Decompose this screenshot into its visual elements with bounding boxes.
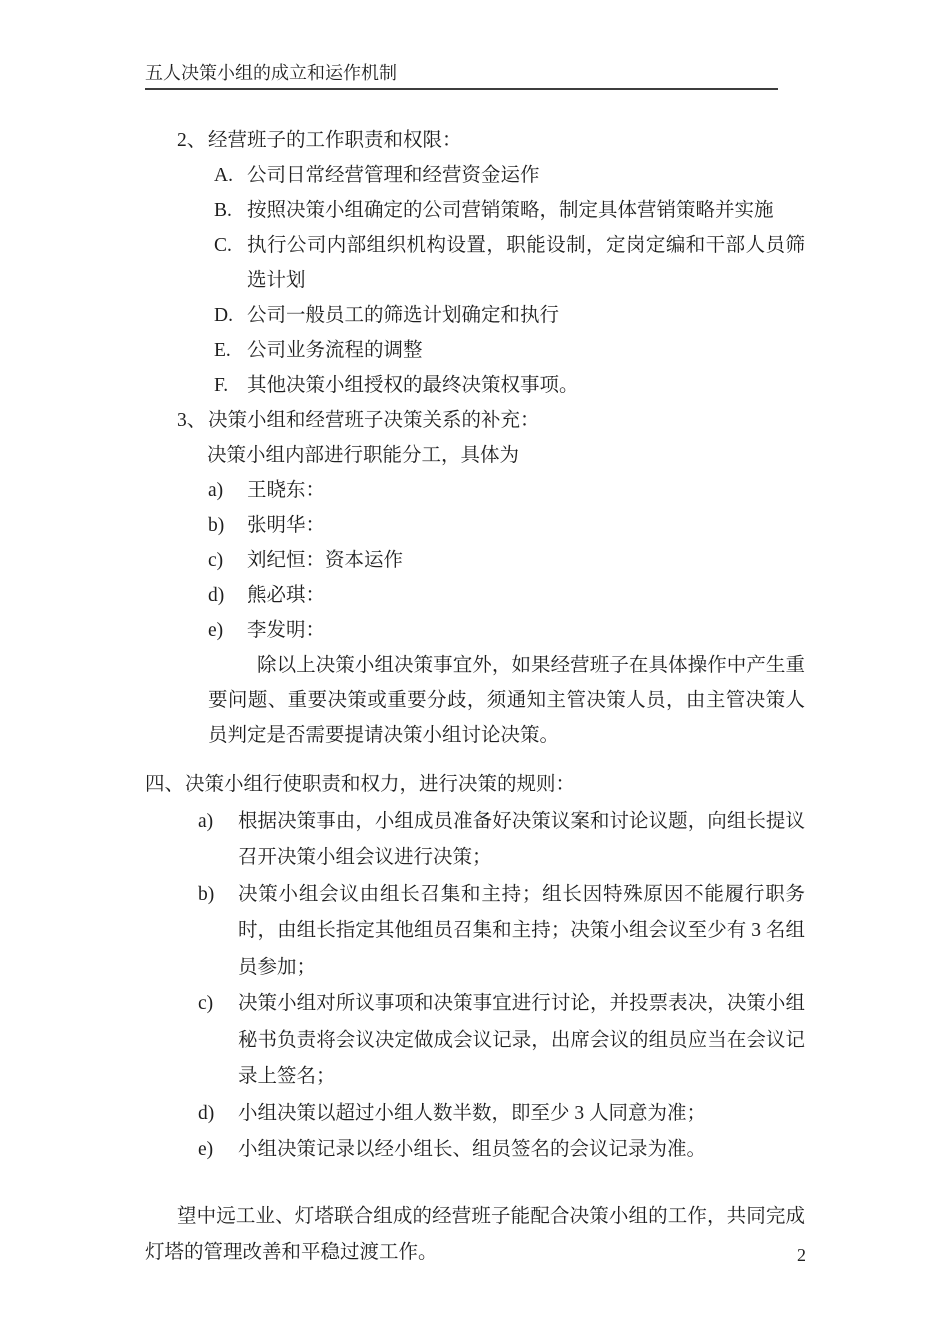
rule-text: 决策小组对所议事项和决策事宜进行讨论，并投票表决，决策小组秘书负责将会议决定做成…: [238, 986, 805, 1096]
list-text: 公司日常经营管理和经营资金运作: [247, 158, 805, 193]
header-title: 五人决策小组的成立和运作机制: [145, 63, 397, 83]
list-marker: c): [208, 543, 247, 578]
page-header: 五人决策小组的成立和运作机制: [145, 62, 778, 90]
member-item-a: a) 王晓东：: [145, 473, 805, 508]
item3-note-paragraph: 除以上决策小组决策事宜外，如果经营班子在具体操作中产生重要问题、重要决策或重要分…: [145, 648, 805, 753]
member-item-b: b) 张明华：: [145, 508, 805, 543]
member-item-d: d) 熊必琪：: [145, 578, 805, 613]
rule-item-c: c) 决策小组对所议事项和决策事宜进行讨论，并投票表决，决策小组秘书负责将会议决…: [145, 986, 805, 1096]
rule-item-a: a) 根据决策事由，小组成员准备好决策议案和讨论议题，向组长提议召开决策小组会议…: [145, 804, 805, 877]
member-name: 熊必琪：: [247, 578, 805, 613]
member-name: 张明华：: [247, 508, 805, 543]
list-marker: F.: [214, 368, 247, 403]
list-item-f-upper: F. 其他决策小组授权的最终决策权事项。: [145, 368, 805, 403]
document-page: 五人决策小组的成立和运作机制 2、 经营班子的工作职责和权限： A. 公司日常经…: [0, 0, 950, 1344]
list-marker: b): [198, 877, 238, 987]
rule-text: 小组决策以超过小组人数半数，即至少 3 人同意为准；: [238, 1096, 805, 1133]
list-marker: b): [208, 508, 247, 543]
list-marker: A.: [214, 158, 247, 193]
member-name: 刘纪恒：资本运作: [247, 543, 805, 578]
list-marker: 3、: [177, 403, 208, 438]
item3-intro-paragraph: 决策小组内部进行职能分工，具体为: [145, 438, 805, 473]
rule-item-d: d) 小组决策以超过小组人数半数，即至少 3 人同意为准；: [145, 1096, 805, 1133]
closing-paragraph: 望中远工业、灯塔联合组成的经营班子能配合决策小组的工作，共同完成灯塔的管理改善和…: [145, 1199, 805, 1272]
list-text: 其他决策小组授权的最终决策权事项。: [247, 368, 805, 403]
list-item-3: 3、 决策小组和经营班子决策关系的补充：: [145, 403, 805, 438]
page-number: 2: [797, 1243, 806, 1267]
list-item-b-upper: B. 按照决策小组确定的公司营销策略，制定具体营销策略并实施: [145, 193, 805, 228]
rule-item-b: b) 决策小组会议由组长召集和主持；组长因特殊原因不能履行职务时，由组长指定其他…: [145, 877, 805, 987]
rule-text: 小组决策记录以经小组长、组员签名的会议记录为准。: [238, 1132, 805, 1169]
section4-heading: 四、 决策小组行使职责和权力，进行决策的规则：: [145, 767, 805, 804]
document-body: 2、 经营班子的工作职责和权限： A. 公司日常经营管理和经营资金运作 B. 按…: [145, 123, 805, 1272]
member-name: 王晓东：: [247, 473, 805, 508]
list-marker: d): [208, 578, 247, 613]
list-item-2: 2、 经营班子的工作职责和权限：: [145, 123, 805, 158]
list-marker: 2、: [177, 123, 208, 158]
list-marker: a): [208, 473, 247, 508]
list-marker: D.: [214, 298, 247, 333]
list-text: 按照决策小组确定的公司营销策略，制定具体营销策略并实施: [247, 193, 805, 228]
list-marker: B.: [214, 193, 247, 228]
list-marker: a): [198, 804, 238, 877]
member-name: 李发明：: [247, 613, 805, 648]
rule-item-e: e) 小组决策记录以经小组长、组员签名的会议记录为准。: [145, 1132, 805, 1169]
section-marker: 四、: [145, 767, 184, 804]
list-marker: C.: [214, 228, 247, 298]
rule-text: 决策小组会议由组长召集和主持；组长因特殊原因不能履行职务时，由组长指定其他组员召…: [238, 877, 805, 987]
list-text: 公司一般员工的筛选计划确定和执行: [247, 298, 805, 333]
list-text: 公司业务流程的调整: [247, 333, 805, 368]
list-marker: e): [198, 1132, 238, 1169]
list-marker: e): [208, 613, 247, 648]
list-text: 决策小组和经营班子决策关系的补充：: [208, 403, 805, 438]
list-marker: E.: [214, 333, 247, 368]
list-item-e-upper: E. 公司业务流程的调整: [145, 333, 805, 368]
rule-text: 根据决策事由，小组成员准备好决策议案和讨论议题，向组长提议召开决策小组会议进行决…: [238, 804, 805, 877]
list-text: 经营班子的工作职责和权限：: [208, 123, 805, 158]
list-item-a-upper: A. 公司日常经营管理和经营资金运作: [145, 158, 805, 193]
member-item-c: c) 刘纪恒：资本运作: [145, 543, 805, 578]
list-item-c-upper: C. 执行公司内部组织机构设置，职能设制，定岗定编和干部人员筛选计划: [145, 228, 805, 298]
list-item-d-upper: D. 公司一般员工的筛选计划确定和执行: [145, 298, 805, 333]
section-text: 决策小组行使职责和权力，进行决策的规则：: [185, 767, 575, 804]
list-text: 执行公司内部组织机构设置，职能设制，定岗定编和干部人员筛选计划: [247, 228, 805, 298]
list-marker: d): [198, 1096, 238, 1133]
member-item-e: e) 李发明：: [145, 613, 805, 648]
list-marker: c): [198, 986, 238, 1096]
